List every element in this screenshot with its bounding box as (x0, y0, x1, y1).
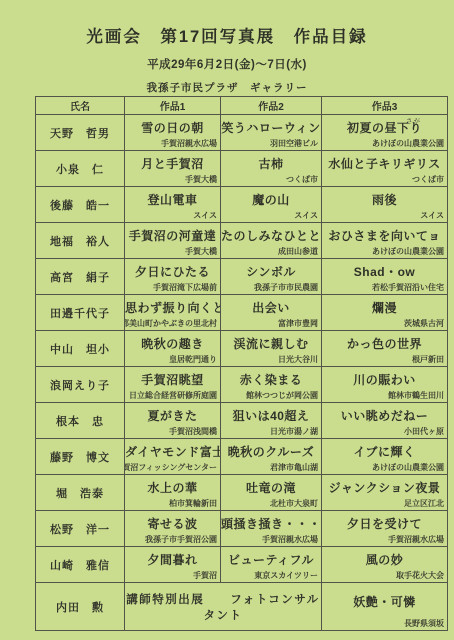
column-header-work3: 作品3 (322, 97, 448, 115)
work-cell: 笑うハローウィン 羽田空港ビル (221, 115, 322, 151)
work-cell: 晩秋のクルーズ 君津市亀山湖 (221, 439, 322, 475)
work-cell: 頭掻き掻き・・・ 手賀沼親水広場 (221, 511, 322, 547)
work-cell: 川の賑わい 館林市鶴生田川 (322, 367, 448, 403)
work-cell: 手賀沼眺望 日立総合経営研修所庭園 (125, 367, 221, 403)
work-title: シンボル (221, 263, 321, 280)
work-title: 水上の華 (125, 479, 220, 496)
work-title: 夕間暮れ (125, 551, 220, 568)
work-location: 柏市箕輪新田 (169, 498, 217, 509)
work-location: 手賀沼親水広場 (161, 138, 217, 149)
work-title: 夕日を受けて (322, 515, 447, 532)
work-title: 思わず振り向くと (125, 299, 220, 316)
work-cell: ジャンクション夜景 足立区江北 (322, 475, 448, 511)
work-location: 日立総合経営研修所庭園 (129, 390, 217, 401)
work-location: 皇居乾門通り (169, 354, 217, 365)
artist-name: 地福 裕人 (36, 223, 125, 259)
work-title: 初夏の昼下り (322, 119, 447, 136)
work-location: 成田山参道 (278, 246, 318, 257)
work-title: ダイヤモンド富士の頃 (125, 443, 220, 460)
table-row: 藤野 博文 ダイヤモンド富士の頃 手賀沼フィッシングセンター 晩秋のクルーズ 君… (36, 439, 448, 475)
column-header-name: 氏名 (36, 97, 125, 115)
document-page: 光画会 第17回写真展 作品目録 平成29年6月2日(金)～7日(水) 我孫子市… (0, 0, 454, 640)
work-cell: ダイヤモンド富士の頃 手賀沼フィッシングセンター (125, 439, 221, 475)
table-row: 後藤 皓一 登山電車 スイス 魔の山 スイス 雨後 スイス (36, 187, 448, 223)
work-location: あけぼの山農業公園 (372, 246, 444, 257)
work-location: 手賀沼フィッシングセンター (125, 462, 218, 473)
document-header: 光画会 第17回写真展 作品目録 平成29年6月2日(金)～7日(水) 我孫子市… (0, 0, 454, 95)
work-title: 手賀沼の河童達 (125, 227, 220, 244)
work-cell: おひさまを向いてョ あけぼの山農業公園 (322, 223, 448, 259)
work-location: 手賀沼親水広場 (388, 534, 444, 545)
work-title: 風の妙 (322, 551, 447, 568)
work-title: 手賀沼眺望 (125, 371, 220, 388)
work-location: 君津市亀山湖 (270, 462, 318, 473)
work-cell: 夕日を受けて 手賀沼親水広場 (322, 511, 448, 547)
work-cell: 夏がきた 手賀沼浅間橋 (125, 403, 221, 439)
work-cell: 渓流に親しむ 日光大谷川 (221, 331, 322, 367)
table-row: 堀 浩泰 水上の華 柏市箕輪新田 吐竜の滝 北杜市大泉町 ジャンクション夜景 足… (36, 475, 448, 511)
artist-name: 根本 忠 (36, 403, 125, 439)
work-cell: 魔の山 スイス (221, 187, 322, 223)
table-row: 小泉 仁 月と手賀沼 手賀大橋 古柿 つくば市 水仙と子キリギリス つくば市 (36, 151, 448, 187)
table-row: 浪岡えり子 手賀沼眺望 日立総合経営研修所庭園 赤く染まる 館林つつじが岡公園 … (36, 367, 448, 403)
work-location: 取手花火大会 (396, 570, 444, 581)
work-title: 水仙と子キリギリス (322, 155, 447, 172)
work-location: 富津市豊岡 (278, 318, 318, 329)
work-cell: 狙いは40超え 日光市湯ノ湖 (221, 403, 322, 439)
work-location: 手賀沼 (193, 570, 217, 581)
table-row: 地福 裕人 手賀沼の河童達 手賀大橋 たのしみなひととき 成田山参道 おひさまを… (36, 223, 448, 259)
work-cell: 夕間暮れ 手賀沼 (125, 547, 221, 583)
work-location: 手賀沼浅間橋 (169, 426, 217, 437)
work-title: 月と手賀沼 (125, 155, 220, 172)
column-header-work2: 作品2 (221, 97, 322, 115)
work-title: 渓流に親しむ (221, 335, 321, 352)
table-row: 天野 哲男 雪の日の朝 手賀沼親水広場 笑うハローウィン 羽田空港ビル さが 初… (36, 115, 448, 151)
work-cell: 吐竜の滝 北杜市大泉町 (221, 475, 322, 511)
work-title: 吐竜の滝 (221, 479, 321, 496)
works-table: 氏名 作品1 作品2 作品3 天野 哲男 雪の日の朝 手賀沼親水広場 笑うハロー… (35, 96, 448, 631)
artist-name: 小泉 仁 (36, 151, 125, 187)
work-cell: シンボル 我孫子市市民農園 (221, 259, 322, 295)
work-title: Shad・ow (322, 263, 447, 280)
work-cell: たのしみなひととき 成田山参道 (221, 223, 322, 259)
artist-name: 松野 洋一 (36, 511, 125, 547)
work-title: 赤く染まる (221, 371, 321, 388)
artist-name: 藤野 博文 (36, 439, 125, 475)
work-location: 根戸新田 (412, 354, 444, 365)
table-header-row: 氏名 作品1 作品2 作品3 (36, 97, 448, 115)
work-title: かっ色の世界 (322, 335, 447, 352)
work-cell: 寄せる波 我孫子市手賀沼公園 (125, 511, 221, 547)
work-cell: 夕日にひたる 手賀沼滝下広場前 (125, 259, 221, 295)
work-cell: 晩秋の趣き 皇居乾門通り (125, 331, 221, 367)
work-title: 笑うハローウィン (221, 119, 321, 136)
work-title: 晩秋のクルーズ (221, 443, 321, 460)
artist-name: 内田 勲 (36, 583, 125, 631)
work-cell: さが 初夏の昼下り あけぼの山農業公園 (322, 115, 448, 151)
artist-name: 天野 哲男 (36, 115, 125, 151)
work-location: あけぼの山農業公園 (372, 138, 444, 149)
table-footer-row: 内田 勲 講師特別出展 フォトコンサルタント 妖艶・可憐 長野県須坂 (36, 583, 448, 631)
work-title: 夕日にひたる (125, 263, 220, 280)
document-title: 光画会 第17回写真展 作品目録 (0, 23, 454, 47)
work-location: 日光市湯ノ湖 (270, 426, 318, 437)
work-location: 我孫子市市民農園 (254, 282, 318, 293)
work-cell: 出会い 富津市豊岡 (221, 295, 322, 331)
document-date: 平成29年6月2日(金)～7日(水) (0, 56, 454, 72)
work-title: 雨後 (322, 191, 447, 208)
work-location: つくば市 (412, 174, 444, 185)
work-location: スイス (420, 210, 444, 221)
work-location: 羽田空港ビル (270, 138, 318, 149)
work-location: 東京スカイツリー (254, 570, 318, 581)
work-title: 寄せる波 (125, 515, 220, 532)
work-location: 茨城県古河 (404, 318, 444, 329)
work-cell: 雨後 スイス (322, 187, 448, 223)
work-title: 古柿 (221, 155, 321, 172)
work-title: 出会い (221, 299, 321, 316)
work-title: 狙いは40超え (221, 407, 321, 424)
work-title: おひさまを向いてョ (322, 227, 447, 244)
work-location: 若松手賀沼沿い住宅 (372, 282, 444, 293)
work-title: たのしみなひととき (221, 227, 321, 244)
work-title: 夏がきた (125, 407, 220, 424)
work-title: 雪の日の朝 (125, 119, 220, 136)
work-location: あけぼの山農業公園 (372, 462, 444, 473)
work-cell: 水仙と子キリギリス つくば市 (322, 151, 448, 187)
table-row: 高宮 絹子 夕日にひたる 手賀沼滝下広場前 シンボル 我孫子市市民農園 Shad… (36, 259, 448, 295)
work-title: 川の賑わい (322, 371, 447, 388)
artist-name: 後藤 皓一 (36, 187, 125, 223)
work-title: 晩秋の趣き (125, 335, 220, 352)
furigana: さが (406, 116, 421, 125)
work-cell: 古柿 つくば市 (221, 151, 322, 187)
work-location: 小田代ヶ原 (404, 426, 444, 437)
artist-name: 田邉千代子 (36, 295, 125, 331)
work-title: イブに輝く (322, 443, 447, 460)
work-cell: Shad・ow 若松手賀沼沿い住宅 (322, 259, 448, 295)
work-cell: 登山電車 スイス (125, 187, 221, 223)
table-row: 田邉千代子 思わず振り向くと 京都美山町かやぶきの里北村 出会い 富津市豊岡 爛… (36, 295, 448, 331)
work-location: 館林つつじが岡公園 (246, 390, 318, 401)
work-location: 館林市鶴生田川 (388, 390, 444, 401)
work-title: 爛漫 (322, 299, 447, 316)
work-location: 手賀沼滝下広場前 (153, 282, 217, 293)
table-row: 中山 坦小 晩秋の趣き 皇居乾門通り 渓流に親しむ 日光大谷川 かっ色の世界 根… (36, 331, 448, 367)
work-location: 北杜市大泉町 (270, 498, 318, 509)
work-location: 手賀沼親水広場 (262, 534, 318, 545)
work-location: 京都美山町かやぶきの里北村 (125, 318, 218, 329)
column-header-work1: 作品1 (125, 97, 221, 115)
artist-name: 高宮 絹子 (36, 259, 125, 295)
work-cell: 手賀沼の河童達 手賀大橋 (125, 223, 221, 259)
work-title: 登山電車 (125, 191, 220, 208)
artist-name: 堀 浩泰 (36, 475, 125, 511)
table-row: 松野 洋一 寄せる波 我孫子市手賀沼公園 頭掻き掻き・・・ 手賀沼親水広場 夕日… (36, 511, 448, 547)
work-title: 魔の山 (221, 191, 321, 208)
work-title: 頭掻き掻き・・・ (221, 515, 321, 532)
work-cell: 雪の日の朝 手賀沼親水広場 (125, 115, 221, 151)
work-location: 長野県須坂 (404, 618, 444, 629)
special-exhibit-note: 講師特別出展 フォトコンサルタント (125, 583, 322, 631)
work-location: スイス (193, 210, 217, 221)
work-cell: 水上の華 柏市箕輪新田 (125, 475, 221, 511)
work-title: ビューティフル (221, 551, 321, 568)
work-cell: かっ色の世界 根戸新田 (322, 331, 448, 367)
work-location: 足立区江北 (404, 498, 444, 509)
work-cell: いい眺めだねー 小田代ヶ原 (322, 403, 448, 439)
work-title: いい眺めだねー (322, 407, 447, 424)
artist-name: 浪岡えり子 (36, 367, 125, 403)
artist-name: 中山 坦小 (36, 331, 125, 367)
work-title: ジャンクション夜景 (322, 479, 447, 496)
work-location: 手賀大橋 (185, 246, 217, 257)
work-cell: 爛漫 茨城県古河 (322, 295, 448, 331)
work-location: 我孫子市手賀沼公園 (145, 534, 217, 545)
work-cell: ビューティフル 東京スカイツリー (221, 547, 322, 583)
work-cell: イブに輝く あけぼの山農業公園 (322, 439, 448, 475)
work-location: 日光大谷川 (278, 354, 318, 365)
work-location: スイス (294, 210, 318, 221)
artist-name: 山崎 雅信 (36, 547, 125, 583)
work-cell: 思わず振り向くと 京都美山町かやぶきの里北村 (125, 295, 221, 331)
document-venue: 我孫子市民プラザ ギャラリー (0, 80, 454, 95)
work-location: つくば市 (286, 174, 318, 185)
work-location: 手賀大橋 (185, 174, 217, 185)
table-row: 根本 忠 夏がきた 手賀沼浅間橋 狙いは40超え 日光市湯ノ湖 いい眺めだねー … (36, 403, 448, 439)
table-row: 山崎 雅信 夕間暮れ 手賀沼 ビューティフル 東京スカイツリー 風の妙 取手花火… (36, 547, 448, 583)
work-title: 妖艶・可憐 (322, 593, 447, 610)
work-cell: 赤く染まる 館林つつじが岡公園 (221, 367, 322, 403)
work-cell: 風の妙 取手花火大会 (322, 547, 448, 583)
work-cell: 月と手賀沼 手賀大橋 (125, 151, 221, 187)
work-cell: 妖艶・可憐 長野県須坂 (322, 583, 448, 631)
